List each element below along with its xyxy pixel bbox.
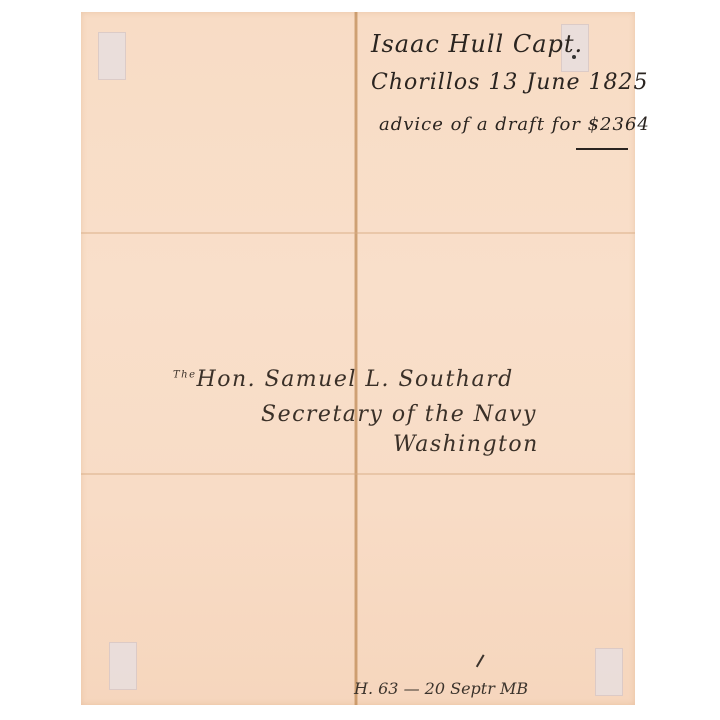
horizontal-fold-line <box>81 473 635 475</box>
mounting-hinge <box>98 32 126 80</box>
docket-sender: Isaac Hull Capt. <box>371 30 583 58</box>
mounting-hinge <box>109 642 137 690</box>
horizontal-fold-line <box>81 232 635 234</box>
address-city: Washington <box>393 432 539 457</box>
vertical-fold-line <box>354 12 358 705</box>
docket-underline <box>576 148 628 150</box>
mounting-hinge <box>595 648 623 696</box>
address-recipient: TheHon. Samuel L. Southard <box>173 367 514 392</box>
letter-paper: Isaac Hull Capt. Chorillos 13 June 1825 … <box>81 12 635 705</box>
address-recipient-name: Hon. Samuel L. Southard <box>197 367 514 392</box>
filing-note: H. 63 — 20 Septr MB <box>354 679 528 698</box>
address-superscript: The <box>173 370 197 381</box>
address-title: Secretary of the Navy <box>261 402 537 427</box>
docket-subject: advice of a draft for $2364 <box>379 114 650 135</box>
check-mark <box>476 654 484 667</box>
docket-place-date: Chorillos 13 June 1825 <box>371 70 649 95</box>
